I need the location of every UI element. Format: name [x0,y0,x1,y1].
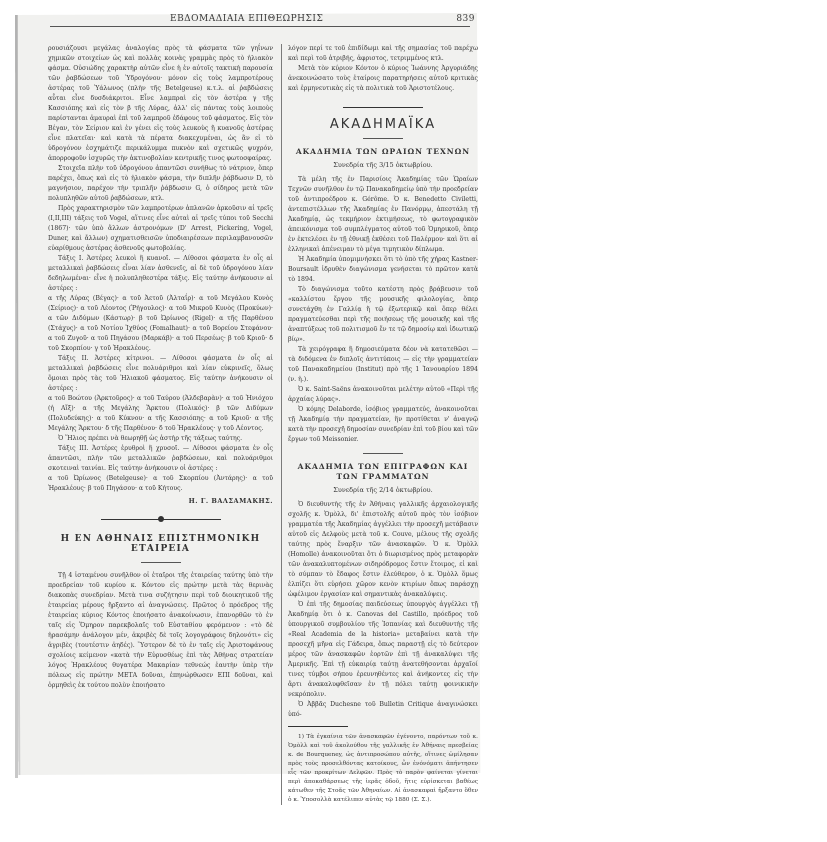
paragraph: Τάξις ΙΙΙ. Ἀστέρες ἐρυθροὶ ἢ χρυσοῖ. — Λ… [48,444,273,474]
star-list: α τῆς Λύρας (Βέγας)· α τοῦ Ἀετοῦ (Ἀλταΐρ… [48,294,273,354]
ornamental-divider [343,102,423,112]
paragraph: Ὁ κ. Saint-Saëns ἀνακοινοῦται μελέτην αὐ… [288,385,478,405]
periodical-title: ΕΒΔΟΜΑΔΙΑΙΑ ΕΠΙΘΕΩΡΗΣΙΣ [170,14,323,24]
paragraph: ρουσιάζουσι μεγάλας ἀναλογίας πρὸς τὰ φά… [48,44,273,164]
paragraph: Ὁ διευθυντὴς τῆς ἐν Ἀθήναις γαλλικῆς ἀρχ… [288,500,478,600]
left-column: ρουσιάζουσι μεγάλας ἀναλογίας πρὸς τὰ φά… [48,44,273,691]
ornamental-divider [101,514,221,524]
paragraph: Ὁ Ἀββᾶς Duchesne τοῦ Bulletin Critique ἀ… [288,700,478,720]
star-list: α τοῦ Βοώτου (Ἀρκτοῦρος)· α τοῦ Ταύρου (… [48,394,273,434]
session-date: Συνεδρία τῆς 2/14 ὀκτωβρίου. [288,485,478,495]
paragraph: λόγον περί τε τοῦ ἐπιδίδωμι καὶ τῆς σημα… [288,44,478,64]
subsection-heading: ΑΚΑΔΗΜΙΑ ΤΩΝ ΕΠΙΓΡΑΦΩΝ ΚΑΙ ΤΩΝ ΓΡΑΜΜΑΤΩΝ [288,462,478,482]
footnote-rule [288,726,348,727]
paragraph: Στοιχεῖα πλὴν τοῦ ὑδρογόνου ἀπαντῶσι συν… [48,164,273,204]
section-heading: Η ΕΝ ΑΘΗΝΑΙΣ ΕΠΙΣΤΗΜΟΝΙΚΗ ΕΤΑΙΡΕΙΑ [48,534,273,554]
ornament-dot-icon [158,516,164,522]
author-signature: Η. Γ. ΒΑΛΣΑΜΑΚΗΣ. [48,496,273,506]
paragraph: Μετὰ τὸν κύριον Κόντον ὁ κύριος Ἰωάννης … [288,64,478,94]
divider [363,453,403,454]
paragraph: Τὰ μέλη τῆς ἐν Παρισίοις Ἀκαδημίας τῶν Ὡ… [288,175,478,255]
ornamental-divider [141,562,181,563]
paragraph: Τὰ χειρόγραφα ἢ δημοσιεύματα δέον νὰ κατ… [288,345,478,385]
paragraph: Ὁ Ἥλιος πρέπει νὰ θεωρηθῇ ὡς ἀστὴρ τῆς τ… [48,434,273,444]
session-date: Συνεδρία τῆς 3/15 ὀκτωβρίου. [288,160,478,170]
paragraph: Τὸ διαγώνισμα τοῦτο κατέστη πρὸς βράβευσ… [288,285,478,345]
paragraph: Ὁ κόμης Delaborde, ἰσόβιος γραμματεύς, ἀ… [288,405,478,445]
paragraph: Τῇ 4 ἱσταμένου συνῆλθον οἱ ἑταῖροι τῆς ἑ… [48,571,273,691]
paragraph: Τάξις ΙΙ. Ἀστέρες κίτρινοι. — Λίθοσοι φά… [48,354,273,394]
paragraph: Πρὸς χαρακτηρισμὸν τῶν λαμπροτέρων ἁπλαν… [48,204,273,254]
footnote: 1) Τὰ ἐγκαίνια τῶν ἀνασκαφῶν ἐγένοντο, π… [288,733,478,805]
header-rule [50,26,470,27]
section-heading: ΑΚΑΔΗΜΑΪΚΑ [288,120,478,130]
subsection-heading: ΑΚΑΔΗΜΙΑ ΤΩΝ ΩΡΑΙΩΝ ΤΕΧΝΩΝ [288,147,478,157]
right-column: λόγον περί τε τοῦ ἐπιδίδωμι καὶ τῆς σημα… [281,44,478,805]
running-header: ΕΒΔΟΜΑΔΙΑΙΑ ΕΠΙΘΕΩΡΗΣΙΣ 839 [50,14,465,34]
page-number: 839 [456,14,475,24]
paragraph: Τάξις Ι. Ἀστέρες λευκοὶ ἢ κυανοῖ. — Λίθο… [48,254,273,294]
paragraph: Ἡ Ἀκαδημία ὑπομιμνήσκει ὅτι τὸ ὑπὸ τῆς χ… [288,255,478,285]
ornamental-divider [363,138,403,139]
page-binding-edge [15,15,18,778]
star-list: α τοῦ Ὠρίωνος (Betelgeuse)· α τοῦ Σκορπί… [48,474,273,494]
paragraph: Ὁ ἐπὶ τῆς δημοσίας παιδεύσεως ὑπουργὸς ἀ… [288,600,478,700]
